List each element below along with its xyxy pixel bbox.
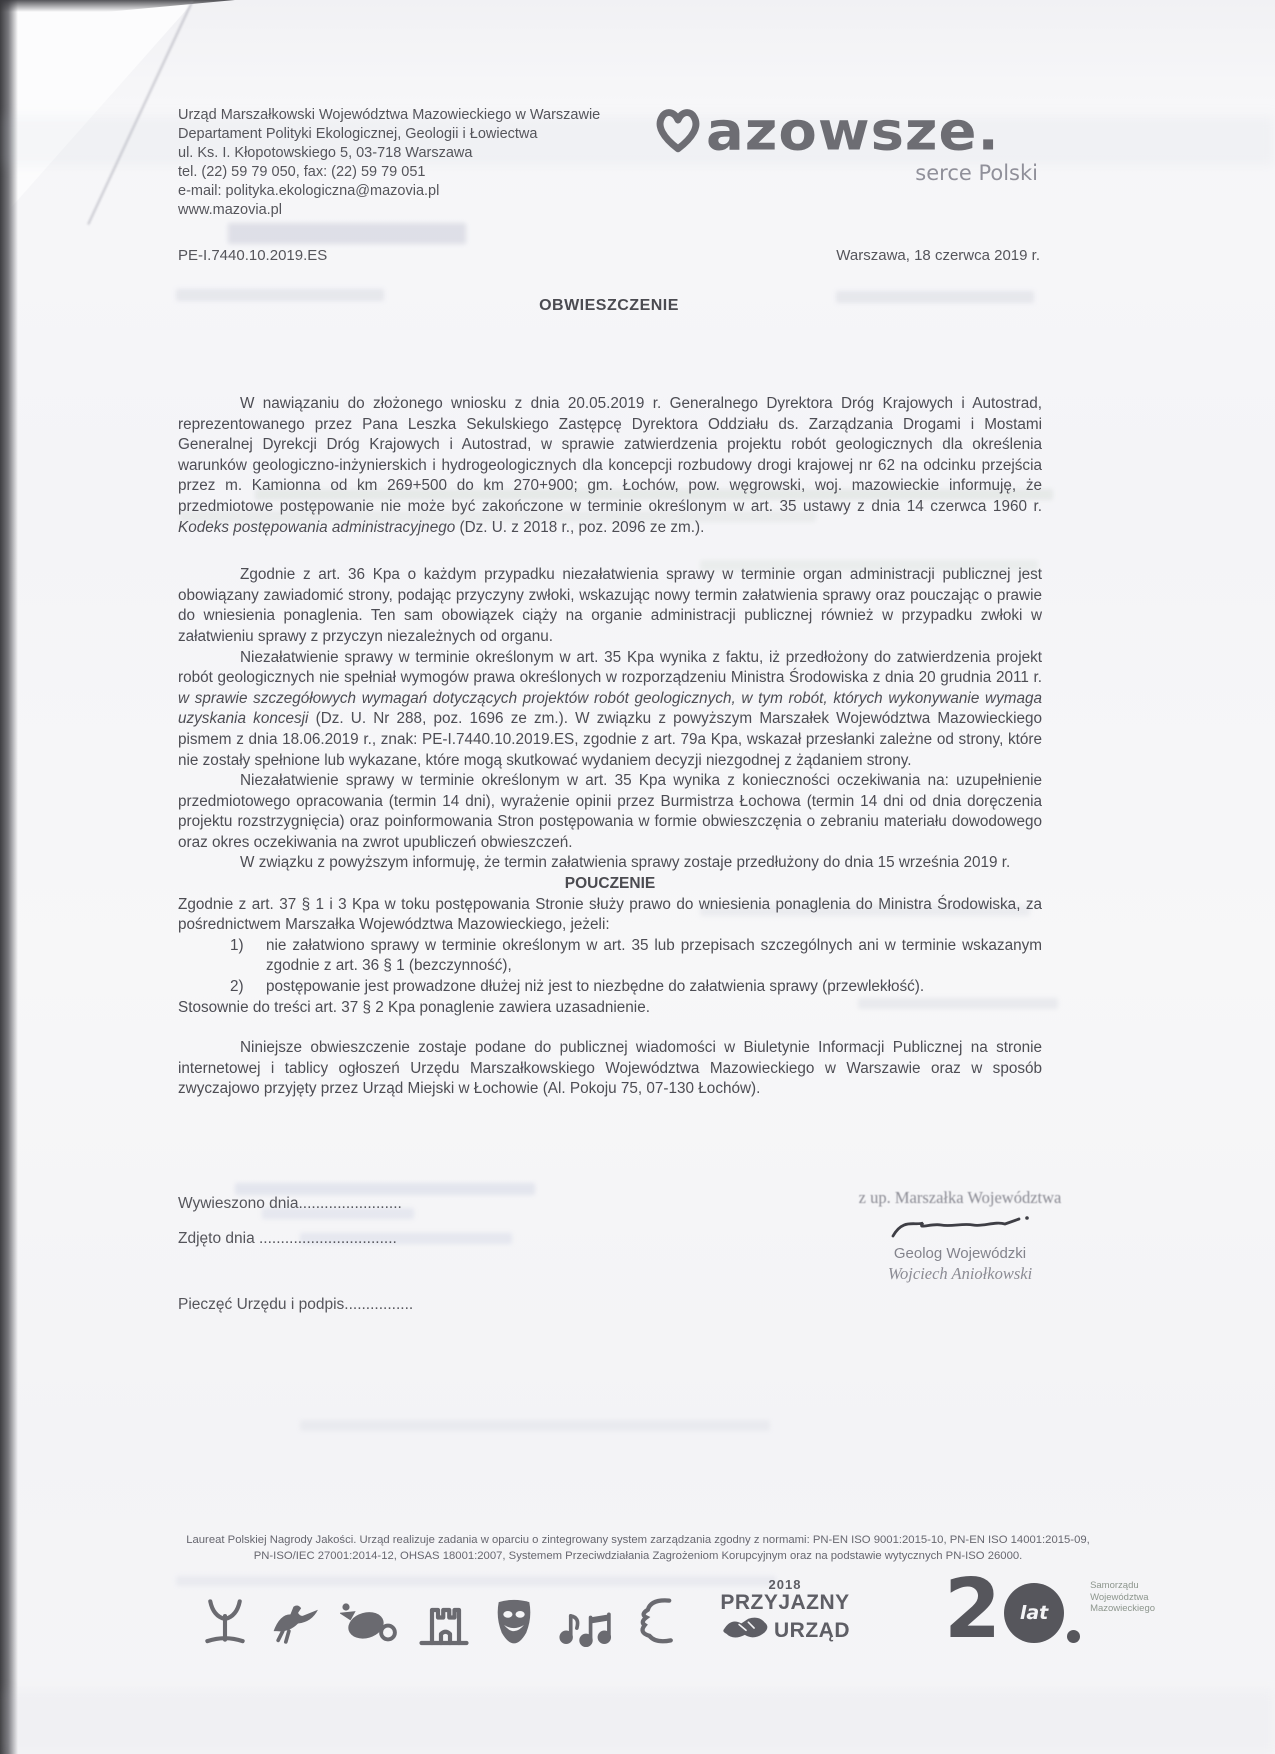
pouczenie-item-number: 2) [230, 977, 266, 998]
bird-icon [267, 1596, 323, 1648]
paragraph-3-text: Niezałatwienie sprawy w terminie określo… [178, 649, 1042, 687]
pouczenie-item-number: 1) [230, 936, 266, 977]
signature-name: Wojciech Aniołkowski [800, 1264, 1120, 1284]
bleed-through-mark [300, 1420, 770, 1431]
publication-paragraph: Niniejsze obwieszczenie zostaje podane d… [178, 1038, 1042, 1100]
pouczenie-item-text: postępowanie jest prowadzone dłużej niż … [266, 977, 1042, 998]
footer-line: Laureat Polskiej Nagrody Jakości. Urząd … [138, 1533, 1138, 1549]
anniversary-number: 2 [944, 1578, 1001, 1642]
anniversary-caption-line: Województwa [1090, 1592, 1155, 1604]
posting-removed-line: Zdjęto dnia ............................… [178, 1230, 413, 1248]
reference-number: PE-I.7440.10.2019.ES [178, 247, 327, 264]
paragraph-4: Niezałatwienie sprawy w terminie określo… [178, 771, 1042, 853]
paragraph-2: Zgodnie z art. 36 Kpa o każdym przypadku… [178, 565, 1042, 647]
badge-line-1: PRZYJAZNY [710, 1592, 860, 1614]
signature-authority: z up. Marszałka Województwa [800, 1188, 1120, 1208]
paragraph-1-italic: Kodeks postępowania administracyjnego [178, 519, 455, 536]
sprout-icon [200, 1596, 250, 1648]
anniversary-circle: lat [1004, 1583, 1064, 1643]
anniversary-caption-line: Samorządu [1090, 1580, 1155, 1592]
document-body: W nawiązaniu do złożonego wniosku z dnia… [178, 394, 1042, 1100]
scan-edge-top [0, 0, 235, 12]
bleed-through-mark [235, 1183, 535, 1195]
heart-m-icon [652, 105, 704, 160]
sender-address-block: Urząd Marszałkowski Województwa Mazowiec… [178, 106, 600, 220]
przyjazny-urzad-badge: 2018 PRZYJAZNY URZĄD [710, 1577, 860, 1648]
face-profile-icon [632, 1596, 682, 1648]
posting-block: Wywieszono dnia........................ … [178, 1195, 413, 1314]
posting-displayed-line: Wywieszono dnia........................ [178, 1195, 413, 1213]
sender-line: e-mail: polityka.ekologiczna@mazovia.pl [178, 182, 600, 201]
anniversary-20-badge: 2 lat Samorządu Województwa Mazowieckieg… [944, 1578, 1155, 1643]
anniversary-dot [1067, 1630, 1080, 1643]
castle-icon [417, 1596, 471, 1648]
signature-role: Geolog Wojewódzki [800, 1245, 1120, 1262]
signature-block: z up. Marszałka Województwa Geolog Wojew… [800, 1188, 1120, 1284]
badge-line-2: URZĄD [774, 1619, 850, 1643]
anniversary-inner-text: lat [1020, 1602, 1048, 1624]
pouczenie-item-1: 1) nie załatwiono sprawy w terminie okre… [178, 936, 1042, 977]
sender-line: ul. Ks. I. Kłopotowskiego 5, 03-718 Wars… [178, 144, 600, 163]
paragraph-1-tail: (Dz. U. z 2018 r., poz. 2096 ze zm.). [455, 519, 704, 536]
sender-line: tel. (22) 59 79 050, fax: (22) 59 79 051 [178, 163, 600, 182]
anniversary-caption: Samorządu Województwa Mazowieckiego [1090, 1580, 1155, 1615]
paragraph-1: W nawiązaniu do złożonego wniosku z dnia… [178, 394, 1042, 538]
mazowsze-pictogram-strip [200, 1596, 682, 1648]
scan-corner-fold [0, 0, 200, 225]
paragraph-3-tail: (Dz. U. Nr 288, poz. 1696 ze zm.). W zwi… [178, 710, 1042, 768]
music-notes-icon [557, 1596, 615, 1648]
pouczenie-outro: Stosownie do treści art. 37 § 2 Kpa pona… [178, 998, 1042, 1019]
paragraph-5: W związku z powyższym informuję, że term… [178, 853, 1042, 874]
posting-stamp-line: Pieczęć Urzędu i podpis................ [178, 1296, 413, 1314]
logo-wordmark: azowsze. [706, 105, 1000, 159]
bleed-through-mark [176, 1576, 776, 1586]
paragraph-1-text: W nawiązaniu do złożonego wniosku z dnia… [178, 395, 1042, 515]
badge-year: 2018 [710, 1577, 860, 1592]
mazowsze-logo: azowsze. serce Polski [652, 104, 1044, 185]
handwritten-signature [885, 1212, 1035, 1244]
paragraph-3: Niezałatwienie sprawy w terminie określo… [178, 648, 1042, 772]
sender-line: www.mazovia.pl [178, 201, 600, 220]
pouczenie-intro: Zgodnie z art. 37 § 1 i 3 Kpa w toku pos… [178, 895, 1042, 936]
sender-line: Urząd Marszałkowski Województwa Mazowiec… [178, 106, 600, 125]
footer-quality-statement: Laureat Polskiej Nagrody Jakości. Urząd … [138, 1533, 1138, 1564]
scanned-document-page: Urząd Marszałkowski Województwa Mazowiec… [0, 0, 1275, 1754]
handshake-icon [720, 1613, 772, 1648]
pouczenie-item-text: nie załatwiono sprawy w terminie określo… [266, 936, 1042, 977]
place-and-date: Warszawa, 18 czerwca 2019 r. [836, 247, 1040, 264]
anniversary-caption-line: Mazowieckiego [1090, 1603, 1155, 1615]
bleed-through-mark [228, 223, 466, 244]
sender-line: Departament Polityki Ekologicznej, Geolo… [178, 125, 600, 144]
pouczenie-item-2: 2) postępowanie jest prowadzone dłużej n… [178, 977, 1042, 998]
pouczenie-heading: POUCZENIE [178, 874, 1042, 895]
scan-band [0, 1690, 1275, 1754]
document-title: OBWIESZCZENIE [178, 297, 1040, 315]
theater-mask-icon [488, 1596, 540, 1648]
scan-edge-left [0, 0, 18, 1754]
pitcher-icon [340, 1596, 400, 1648]
logo-tagline: serce Polski [652, 161, 1044, 185]
